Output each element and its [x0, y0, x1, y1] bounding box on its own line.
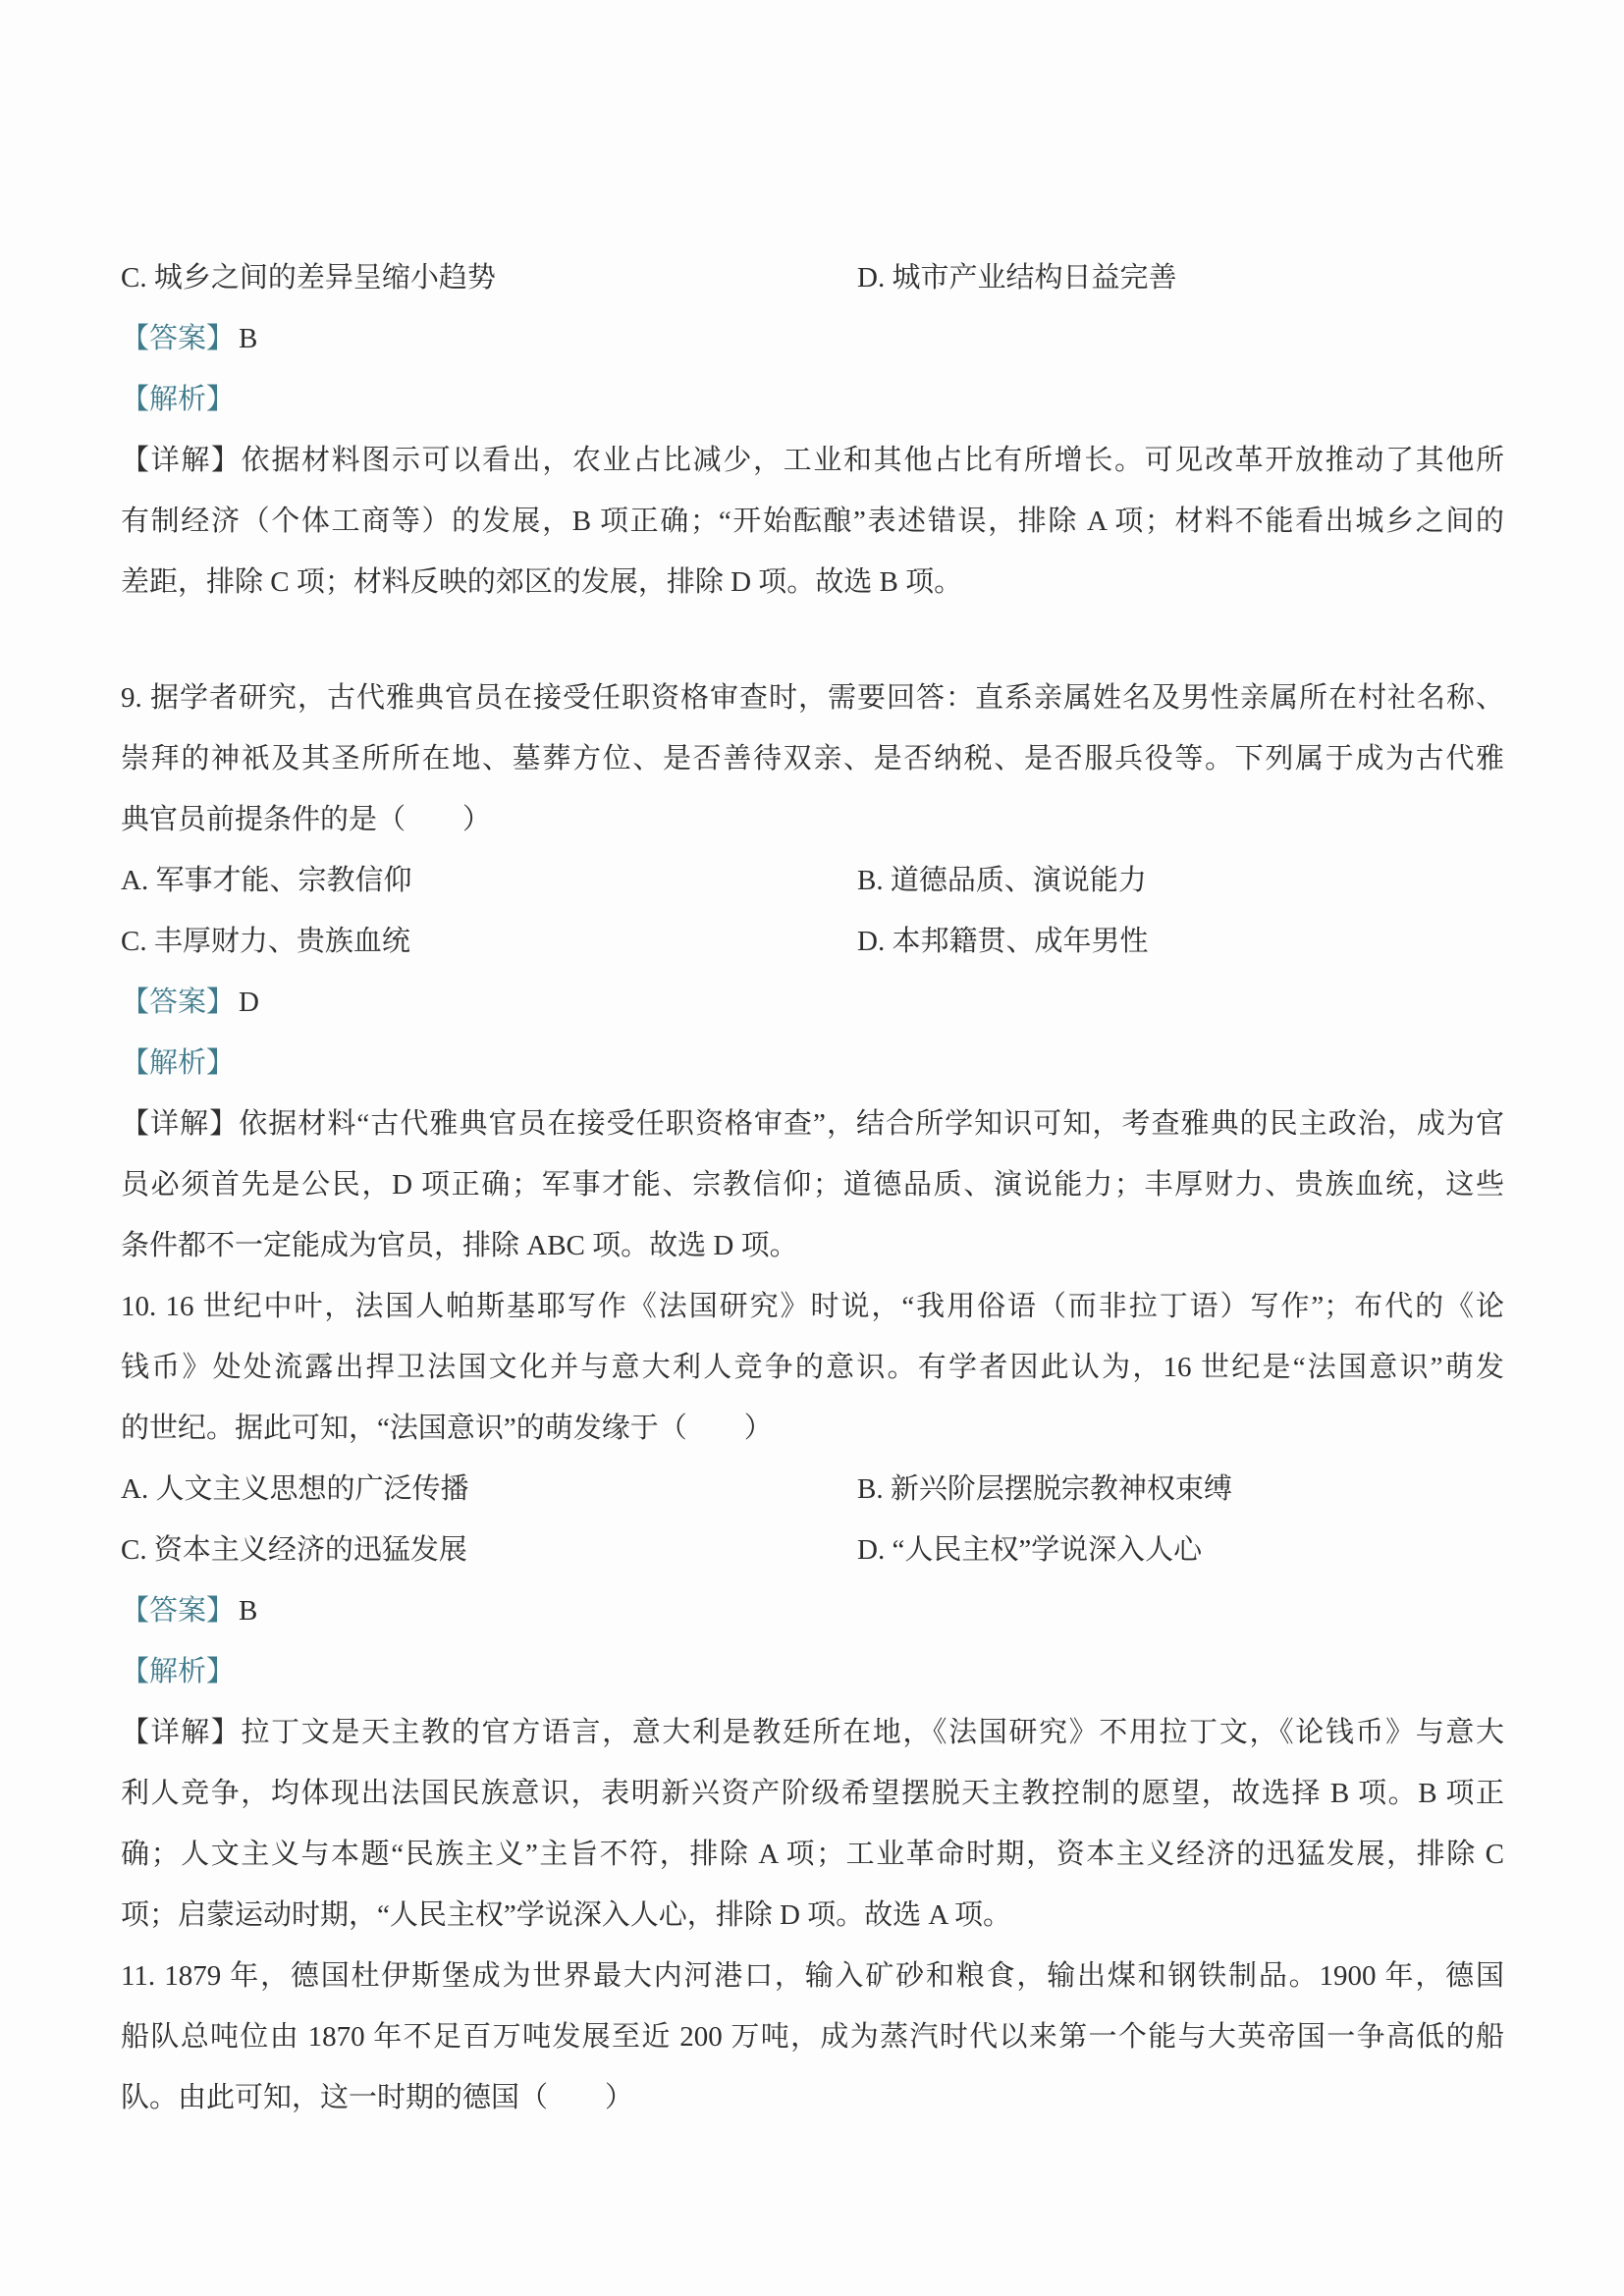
text-line: 【详解】依据材料“古代雅典官员在接受任职资格审查”，结合所学知识可知，考查雅典的…: [121, 1094, 1504, 1154]
question-text-line: 9. 据学者研究，古代雅典官员在接受任职资格审查时，需要回答：直系亲属姓名及男性…: [121, 667, 1504, 728]
document-page: C. 城乡之间的差异呈缩小趋势D. 城市产业结构日益完善【答案】B【解析】【详解…: [0, 0, 1624, 2296]
text-line: 船队总吨位由 1870 年不足百万吨发展至近 200 万吨，成为蒸汽时代以来第一…: [121, 2006, 1504, 2067]
text-line: 【详解】拉丁文是天主教的官方语言，意大利是教廷所在地，《法国研究》不用拉丁文，《…: [121, 1702, 1504, 1763]
text-line: 确；人文主义与本题“民族主义”主旨不符，排除 A 项；工业革命时期，资本主义经济…: [121, 1824, 1504, 1885]
options-row: A. 军事才能、宗教信仰B. 道德品质、演说能力: [121, 850, 1504, 911]
option-a: A. 军事才能、宗教信仰: [121, 850, 857, 911]
text-line: 员必须首先是公民，D 项正确；军事才能、宗教信仰；道德品质、演说能力；丰厚财力、…: [121, 1154, 1504, 1215]
text-line: 项；启蒙运动时期，“人民主权”学说深入人心，排除 D 项。故选 A 项。: [121, 1885, 1504, 1946]
option-d: D. 本邦籍贯、成年男性: [857, 911, 1504, 972]
option-b: B. 新兴阶层摆脱宗教神权束缚: [857, 1459, 1504, 1520]
text-line: 钱币》处处流露出捍卫法国文化并与意大利人竞争的意识。有学者因此认为，16 世纪是…: [121, 1337, 1504, 1398]
text-line: 的世纪。据此可知，“法国意识”的萌发缘于（ ）: [121, 1398, 1504, 1459]
text-line: 典官员前提条件的是（ ）: [121, 789, 1504, 850]
answer-row: 【答案】D: [121, 972, 1504, 1033]
text-line: 有制经济（个体工商等）的发展，B 项正确；“开始酝酿”表述错误，排除 A 项；材…: [121, 491, 1504, 552]
text-line: 条件都不一定能成为官员，排除 ABC 项。故选 D 项。: [121, 1215, 1504, 1276]
option-b: B. 道德品质、演说能力: [857, 850, 1504, 911]
text-line: 【详解】依据材料图示可以看出，农业占比减少，工业和其他占比有所增长。可见改革开放…: [121, 430, 1504, 491]
option-c: C. 资本主义经济的迅猛发展: [121, 1520, 857, 1580]
answer-value: B: [239, 1595, 257, 1627]
analysis-label: 【解析】: [121, 1656, 235, 1687]
analysis-label: 【解析】: [121, 384, 235, 415]
analysis-label: 【解析】: [121, 1047, 235, 1079]
options-row: C. 资本主义经济的迅猛发展D. “人民主权”学说深入人心: [121, 1520, 1504, 1580]
option-c: C. 城乡之间的差异呈缩小趋势: [121, 247, 857, 308]
answer-label: 【答案】: [121, 1595, 235, 1627]
paragraph-gap: [121, 613, 1504, 667]
text-line: 利人竞争，均体现出法国民族意识，表明新兴资产阶级希望摆脱天主教控制的愿望，故选择…: [121, 1763, 1504, 1824]
analysis-row: 【解析】: [121, 369, 1504, 430]
text-line: 崇拜的神祇及其圣所所在地、墓葬方位、是否善待双亲、是否纳税、是否服兵役等。下列属…: [121, 728, 1504, 789]
analysis-row: 【解析】: [121, 1033, 1504, 1094]
answer-row: 【答案】B: [121, 1580, 1504, 1641]
answer-value: D: [239, 987, 259, 1018]
text-line: 队。由此可知，这一时期的德国（ ）: [121, 2067, 1504, 2128]
text-line: 差距，排除 C 项；材料反映的郊区的发展，排除 D 项。故选 B 项。: [121, 552, 1504, 613]
options-row: C. 丰厚财力、贵族血统D. 本邦籍贯、成年男性: [121, 911, 1504, 972]
question-text-line: 11. 1879 年，德国杜伊斯堡成为世界最大内河港口，输入矿砂和粮食，输出煤和…: [121, 1946, 1504, 2006]
answer-value: B: [239, 323, 257, 354]
answer-row: 【答案】B: [121, 308, 1504, 369]
option-d: D. “人民主权”学说深入人心: [857, 1520, 1504, 1580]
option-a: A. 人文主义思想的广泛传播: [121, 1459, 857, 1520]
option-c: C. 丰厚财力、贵族血统: [121, 911, 857, 972]
options-row: C. 城乡之间的差异呈缩小趋势D. 城市产业结构日益完善: [121, 247, 1504, 308]
answer-label: 【答案】: [121, 323, 235, 354]
options-row: A. 人文主义思想的广泛传播B. 新兴阶层摆脱宗教神权束缚: [121, 1459, 1504, 1520]
question-text-line: 10. 16 世纪中叶，法国人帕斯基耶写作《法国研究》时说，“我用俗语（而非拉丁…: [121, 1276, 1504, 1337]
analysis-row: 【解析】: [121, 1641, 1504, 1702]
option-d: D. 城市产业结构日益完善: [857, 247, 1504, 308]
answer-label: 【答案】: [121, 987, 235, 1018]
